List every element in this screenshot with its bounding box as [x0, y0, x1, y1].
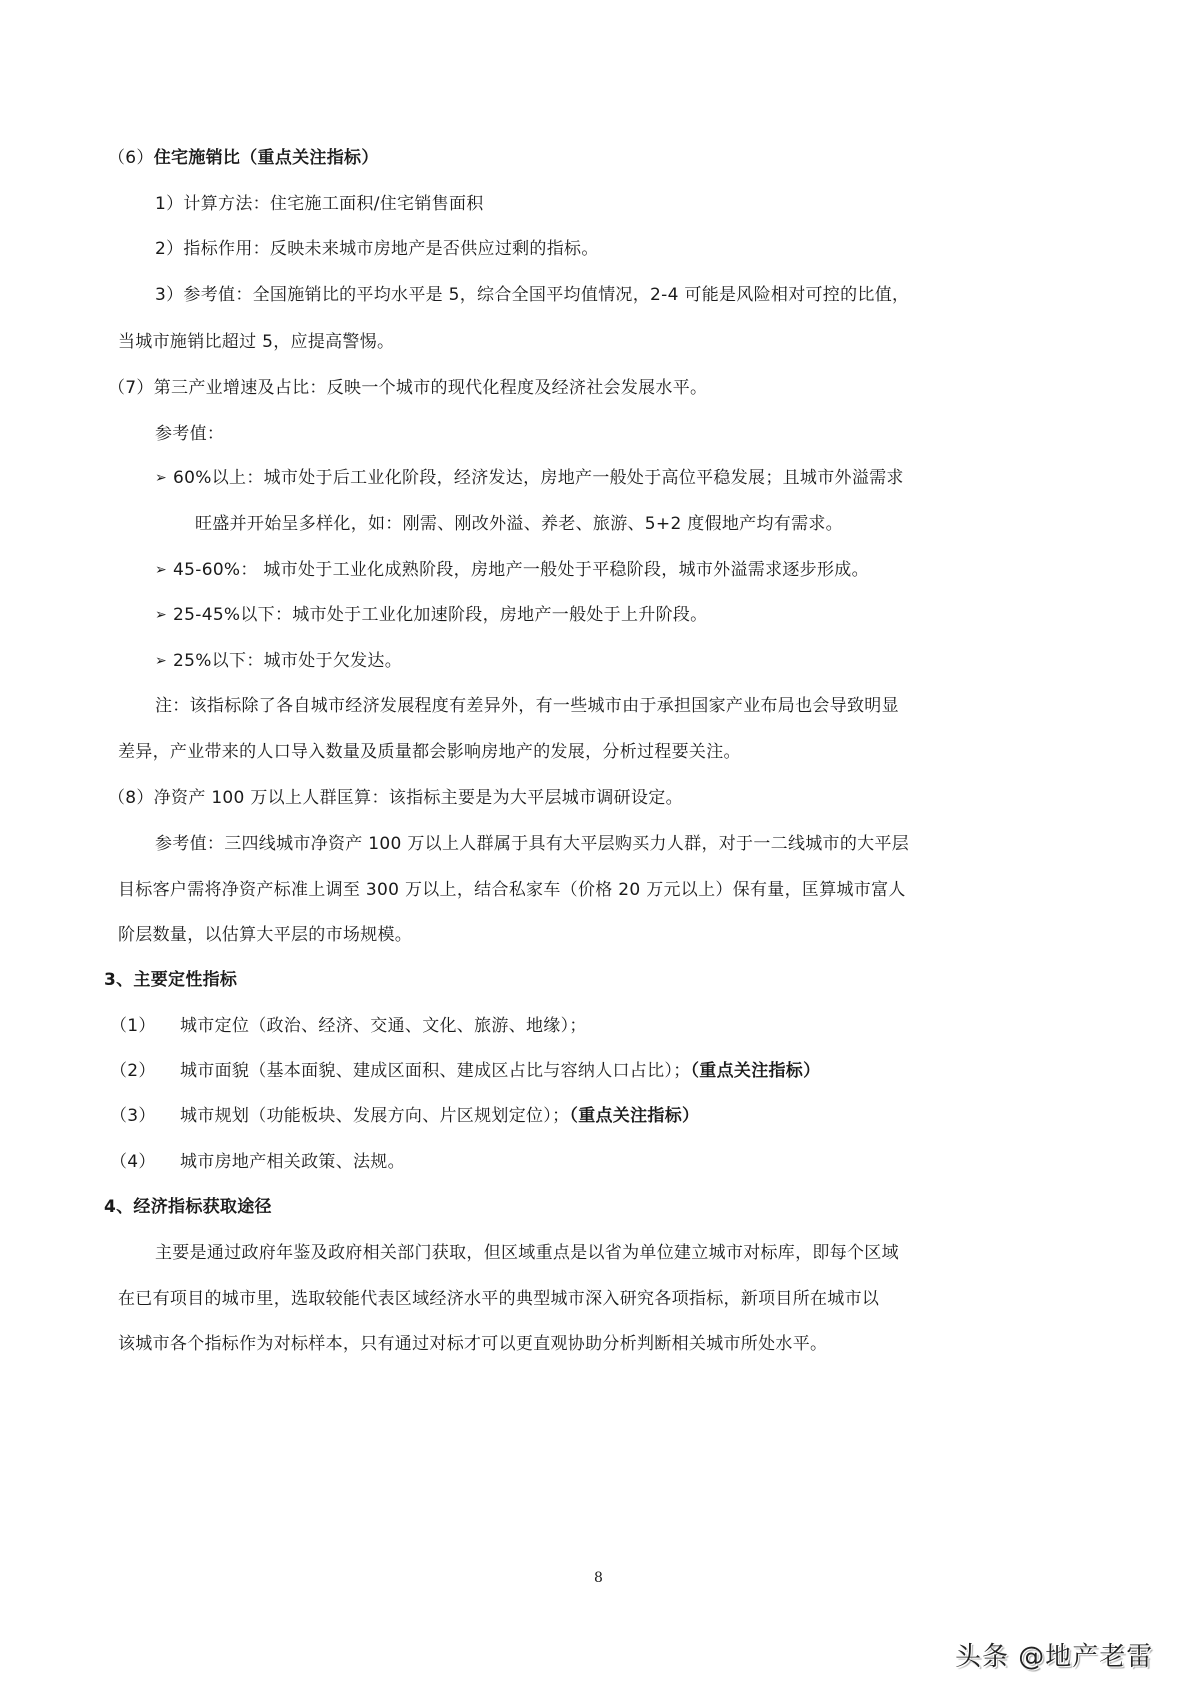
- item-number: （4）: [110, 1150, 180, 1174]
- bullet-item: ➢45-60%： 城市处于工业化成熟阶段，房地产一般处于平稳阶段，城市外溢需求逐…: [155, 558, 869, 582]
- bullet-item: ➢60%以上：城市处于后工业化阶段，经济发达，房地产一般处于高位平稳发展；且城市…: [155, 466, 904, 490]
- bullet-text: 25-45%以下：城市处于工业化加速阶段，房地产一般处于上升阶段。: [173, 605, 707, 625]
- section-4-para-line-3: 该城市各个指标作为对标样本，只有通过对标才可以更直观协助分析判断相关城市所处水平…: [118, 1332, 827, 1356]
- bullet-item: ➢25%以下：城市处于欠发达。: [155, 649, 402, 673]
- section-8-ref-line-1: 参考值：三四线城市净资产 100 万以上人群属于具有大平层购买力人群，对于一二线…: [155, 832, 909, 856]
- arrow-bullet-icon: ➢: [155, 466, 167, 490]
- bullet-item-cont: 旺盛并开始呈多样化，如：刚需、刚改外溢、养老、旅游、5+2 度假地产均有需求。: [195, 512, 843, 536]
- bullet-text: 60%以上：城市处于后工业化阶段，经济发达，房地产一般处于高位平稳发展；且城市外…: [173, 468, 904, 488]
- watermark: 头条 @地产老雷: [955, 1636, 1153, 1673]
- section-6-item-3: 3）参考值：全国施销比的平均水平是 5，综合全国平均值情况，2-4 可能是风险相…: [155, 283, 909, 307]
- item-text: 城市房地产相关政策、法规。: [180, 1152, 405, 1172]
- section-8-ref-line-3: 阶层数量，以估算大平层的市场规模。: [118, 923, 412, 947]
- arrow-bullet-icon: ➢: [155, 649, 167, 673]
- arrow-bullet-icon: ➢: [155, 603, 167, 627]
- section-4-para-line-1: 主要是通过政府年鉴及政府相关部门获取，但区域重点是以省为单位建立城市对标库，即每…: [155, 1241, 899, 1265]
- bullet-text: 45-60%： 城市处于工业化成熟阶段，房地产一般处于平稳阶段，城市外溢需求逐步…: [173, 560, 869, 580]
- heading-data-sources: 4、经济指标获取途径: [104, 1195, 272, 1219]
- section-6-number: （6）: [108, 148, 154, 168]
- section-6-title: 住宅施销比（重点关注指标）: [154, 148, 379, 168]
- item-emphasis: （重点关注指标）: [691, 1061, 821, 1081]
- heading-qualitative-indicators: 3、主要定性指标: [104, 968, 237, 992]
- section-7-note-line-2: 差异，产业带来的人口导入数量及质量都会影响房地产的发展，分析过程要关注。: [118, 740, 741, 764]
- qualitative-item: （2）城市面貌（基本面貌、建成区面积、建成区占比与容纳人口占比）；（重点关注指标…: [110, 1059, 820, 1083]
- section-8-ref-line-2: 目标客户需将净资产标准上调至 300 万以上，结合私家车（价格 20 万元以上）…: [118, 878, 906, 902]
- arrow-bullet-icon: ➢: [155, 558, 167, 582]
- qualitative-item: （4）城市房地产相关政策、法规。: [110, 1150, 405, 1174]
- item-text: 城市定位（政治、经济、交通、文化、旅游、地缘）；: [180, 1016, 587, 1036]
- section-7-note-line-1: 注：该指标除了各自城市经济发展程度有差异外，有一些城市由于承担国家产业布局也会导…: [155, 694, 899, 718]
- bullet-text: 25%以下：城市处于欠发达。: [173, 651, 402, 671]
- section-6-item-2: 2）指标作用：反映未来城市房地产是否供应过剩的指标。: [155, 237, 599, 261]
- item-text: 城市规划（功能板块、发展方向、片区规划定位）；: [180, 1106, 569, 1126]
- item-emphasis: （重点关注指标）: [569, 1106, 699, 1126]
- section-6-heading: （6）住宅施销比（重点关注指标）: [108, 146, 379, 170]
- section-8-heading: （8）净资产 100 万以上人群匡算：该指标主要是为大平层城市调研设定。: [108, 786, 683, 810]
- item-number: （1）: [110, 1014, 180, 1038]
- section-4-para-line-2: 在已有项目的城市里，选取较能代表区域经济水平的典型城市深入研究各项指标，新项目所…: [118, 1287, 879, 1311]
- item-text: 城市面貌（基本面貌、建成区面积、建成区占比与容纳人口占比）；: [180, 1061, 691, 1081]
- section-6-item-1: 1）计算方法：住宅施工面积/住宅销售面积: [155, 192, 484, 216]
- page-number: 8: [594, 1570, 603, 1586]
- item-number: （2）: [110, 1059, 180, 1083]
- qualitative-item: （1）城市定位（政治、经济、交通、文化、旅游、地缘）；: [110, 1014, 587, 1038]
- section-6-item-3-cont: 当城市施销比超过 5，应提高警惕。: [118, 330, 394, 354]
- bullet-item: ➢25-45%以下：城市处于工业化加速阶段，房地产一般处于上升阶段。: [155, 603, 707, 627]
- item-number: （3）: [110, 1104, 180, 1128]
- document-page: （6）住宅施销比（重点关注指标） 1）计算方法：住宅施工面积/住宅销售面积 2）…: [0, 0, 1200, 1697]
- qualitative-item: （3）城市规划（功能板块、发展方向、片区规划定位）；（重点关注指标）: [110, 1104, 699, 1128]
- section-7-ref-label: 参考值：: [155, 422, 224, 446]
- section-7-heading: （7）第三产业增速及占比：反映一个城市的现代化程度及经济社会发展水平。: [108, 376, 707, 400]
